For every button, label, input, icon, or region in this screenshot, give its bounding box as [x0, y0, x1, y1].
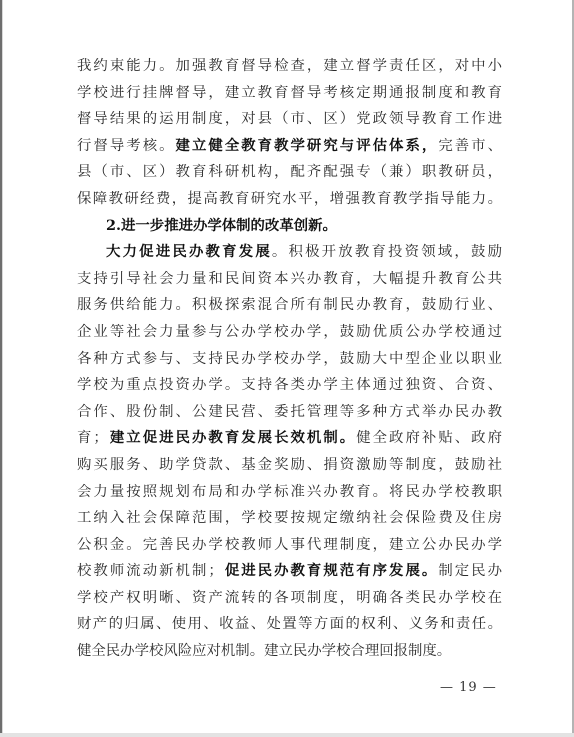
text-line: 公积金。完善民办学校教师人事代理制度，建立公办民办学	[77, 532, 502, 559]
body-text-segment: 县（市、区）教育科研机构，配齐配强专（兼）职教研员，	[77, 164, 502, 180]
text-line: 育；建立促进民办教育发展长效机制。健全政府补贴、政府	[77, 425, 502, 452]
text-line: 县（市、区）教育科研机构，配齐配强专（兼）职教研员，	[77, 159, 502, 186]
body-text-segment: 制定民办	[438, 563, 502, 579]
document-page: 我约束能力。加强教育督导检查，建立督学责任区，对中小学校进行挂牌督导，建立教育督…	[0, 0, 574, 737]
page-bottom-edge	[0, 733, 574, 737]
body-text-segment: 学校产权明晰、资产流转的各项制度，明确各类民办学校在	[77, 590, 502, 606]
body-text-segment: 育；	[77, 430, 108, 446]
text-line: 大力促进民办教育发展。积极开放教育投资领域，鼓励	[77, 239, 502, 266]
text-line: 保障教研经费，提高教育研究水平，增强教育教学指导能力。	[77, 186, 502, 213]
body-text-segment: 服务供给能力。积极探索混合所有制民办教育，鼓励行业、	[77, 297, 502, 313]
body-text-segment: 校教师流动新机制；	[77, 563, 223, 579]
body-text-segment: 合作、股份制、公建民营、委托管理等多种方式举办民办教	[77, 404, 502, 420]
body-text: 我约束能力。加强教育督导检查，建立督学责任区，对中小学校进行挂牌督导，建立教育督…	[77, 53, 502, 665]
body-text-segment: 企业等社会力量参与公办学校办学，鼓励优质公办学校通过	[77, 324, 502, 340]
text-line: 行督导考核。建立健全教育教学研究与评估体系，完善市、	[77, 133, 502, 160]
text-line: 2.进一步推进办学体制的改革创新。	[77, 213, 502, 240]
bold-heading-text: 大力促进民办教育发展	[106, 243, 272, 260]
body-text-segment: 完善市、	[438, 138, 502, 154]
text-line: 购买服务、助学贷款、基金奖励、捐资激励等制度，鼓励社	[77, 452, 502, 479]
body-text-segment: 各种方式参与、支持民办学校办学，鼓励大中型企业以职业	[77, 351, 502, 367]
body-text-segment: 财产的归属、使用、收益、处置等方面的权利、义务和责任。	[77, 616, 502, 632]
text-line: 学校为重点投资办学。支持各类办学主体通过独资、合资、	[77, 372, 502, 399]
body-text-segment: 会力量按照规划布局和办学标准兴办教育。将民办学校教职	[77, 484, 502, 500]
text-line: 督导结果的运用制度，对县（市、区）党政领导教育工作进	[77, 106, 502, 133]
text-line: 校教师流动新机制；促进民办教育规范有序发展。制定民办	[77, 558, 502, 585]
bold-heading-text: 2.进一步推进办学体制的改革创新。	[106, 217, 337, 234]
text-line: 会力量按照规划布局和办学标准兴办教育。将民办学校教职	[77, 479, 502, 506]
body-text-segment: 行督导考核。	[77, 138, 176, 154]
page-left-edge-highlight	[2, 0, 3, 733]
body-text-segment: 健全民办学校风险应对机制。建立民办学校合理回报制度。	[77, 643, 451, 659]
body-text-segment: 学校进行挂牌督导，建立教育督导考核定期通报制度和教育	[77, 85, 502, 101]
body-text-segment: 督导结果的运用制度，对县（市、区）党政领导教育工作进	[77, 111, 502, 127]
body-text-segment: 。积极开放教育投资领域，鼓励	[272, 244, 502, 260]
text-line: 健全民办学校风险应对机制。建立民办学校合理回报制度。	[77, 638, 502, 665]
body-text-segment: 保障教研经费，提高教育研究水平，增强教育教学指导能力。	[77, 191, 502, 207]
bold-heading-text: 建立促进民办教育发展长效机制。	[108, 429, 356, 446]
text-line: 服务供给能力。积极探索混合所有制民办教育，鼓励行业、	[77, 292, 502, 319]
text-line: 合作、股份制、公建民营、委托管理等多种方式举办民办教	[77, 399, 502, 426]
text-line: 各种方式参与、支持民办学校办学，鼓励大中型企业以职业	[77, 346, 502, 373]
text-line: 我约束能力。加强教育督导检查，建立督学责任区，对中小	[77, 53, 502, 80]
text-line: 企业等社会力量参与公办学校办学，鼓励优质公办学校通过	[77, 319, 502, 346]
body-text-segment: 健全政府补贴、政府	[356, 430, 502, 446]
page-number: — 19 —	[440, 680, 497, 695]
body-text-segment: 我约束能力。加强教育督导检查，建立督学责任区，对中小	[77, 58, 502, 74]
bold-heading-text: 建立健全教育教学研究与评估体系，	[176, 137, 439, 154]
body-text-segment: 购买服务、助学贷款、基金奖励、捐资激励等制度，鼓励社	[77, 457, 502, 473]
body-text-segment: 学校为重点投资办学。支持各类办学主体通过独资、合资、	[77, 377, 502, 393]
text-line: 工纳入社会保障范围，学校要按规定缴纳社会保险费及住房	[77, 505, 502, 532]
text-line: 学校产权明晰、资产流转的各项制度，明确各类民办学校在	[77, 585, 502, 612]
body-text-segment: 支持引导社会力量和民间资本兴办教育，大幅提升教育公共	[77, 271, 502, 287]
text-line: 支持引导社会力量和民间资本兴办教育，大幅提升教育公共	[77, 266, 502, 293]
text-line: 学校进行挂牌督导，建立教育督导考核定期通报制度和教育	[77, 80, 502, 107]
body-text-segment: 工纳入社会保障范围，学校要按规定缴纳社会保险费及住房	[77, 510, 502, 526]
bold-heading-text: 促进民办教育规范有序发展。	[223, 562, 439, 579]
text-line: 财产的归属、使用、收益、处置等方面的权利、义务和责任。	[77, 611, 502, 638]
body-text-segment: 公积金。完善民办学校教师人事代理制度，建立公办民办学	[77, 537, 502, 553]
